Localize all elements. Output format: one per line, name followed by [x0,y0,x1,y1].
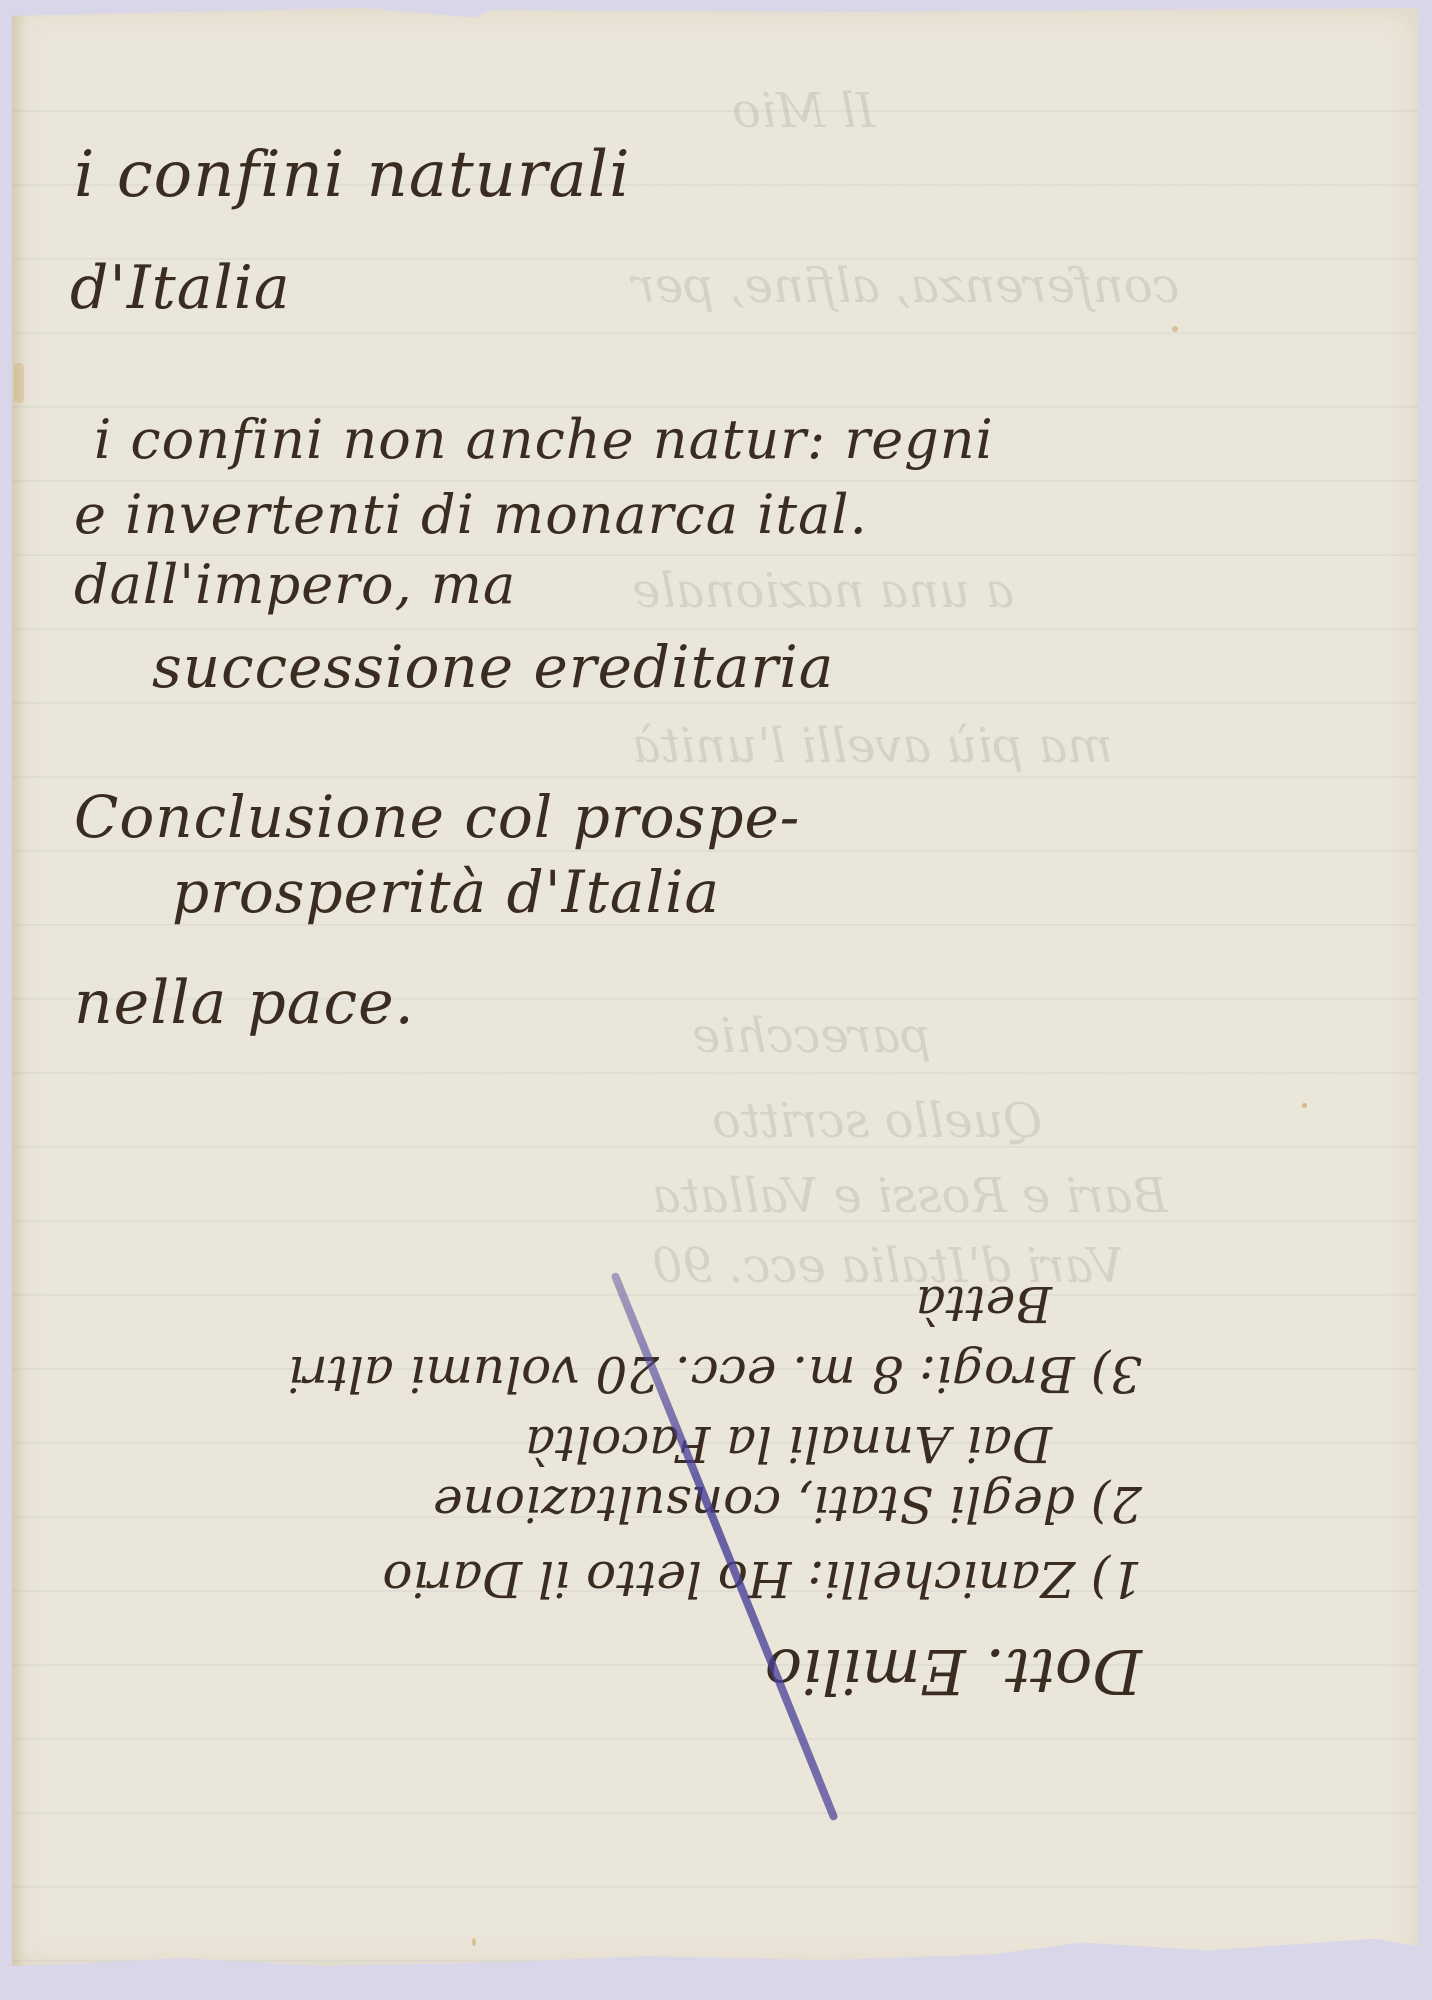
handwritten-line-6: successione ereditaria [152,633,834,701]
bleed-through-line: a una nazionale [632,563,1014,619]
bleed-through-line: conferenza, alfine, per [632,258,1179,314]
handwritten-line-3: i confini non anche natur: regni [94,408,994,471]
handwritten-line-8: prosperità d'Italia [172,858,720,926]
handwritten-line-9: nella pace. [74,968,415,1038]
bleed-through-line: Quello scritto [712,1093,1043,1149]
handwritten-line-1: i confini naturali [74,138,631,212]
foxing-spot [472,1938,476,1946]
bleed-through-line: Il Mio [732,83,875,139]
handwritten-line-2: d'Italia [70,253,291,323]
bleed-through-line: Bari e Rossi e Vallata [652,1168,1168,1224]
manuscript-page: Il Mio conferenza, alfine, per a una naz… [12,8,1418,1966]
handwritten-line-7: Conclusione col prospe- [74,783,800,851]
bleed-through-line: parecchie [692,1008,931,1064]
inverted-annotation-block: Dott. Emilio 1) Zanichelli: Ho letto il … [52,1268,1182,1728]
handwritten-line-5: dall'impero, ma [74,553,516,616]
bleed-through-line: ma più avelli l'unità [632,718,1113,774]
foxing-spot [1172,326,1178,332]
inverted-line: Dott. Emilio [765,1635,1142,1708]
foxing-spot [1302,1103,1307,1108]
inverted-line: 1) Zanichelli: Ho letto il Dario [382,1550,1142,1608]
edge-stain [14,363,24,403]
inverted-line: Bettà [916,1275,1052,1333]
handwritten-line-4: e invertenti di monarca ital. [74,483,868,546]
paper-edge-stain [12,8,26,1966]
inverted-line: Dai Annali la Facoltà [525,1415,1052,1473]
inverted-line: 3) Brogi: 8 m. ecc. 20 volumi altri [288,1345,1142,1403]
inverted-line: 2) degli Stati, consultazione [433,1475,1142,1533]
